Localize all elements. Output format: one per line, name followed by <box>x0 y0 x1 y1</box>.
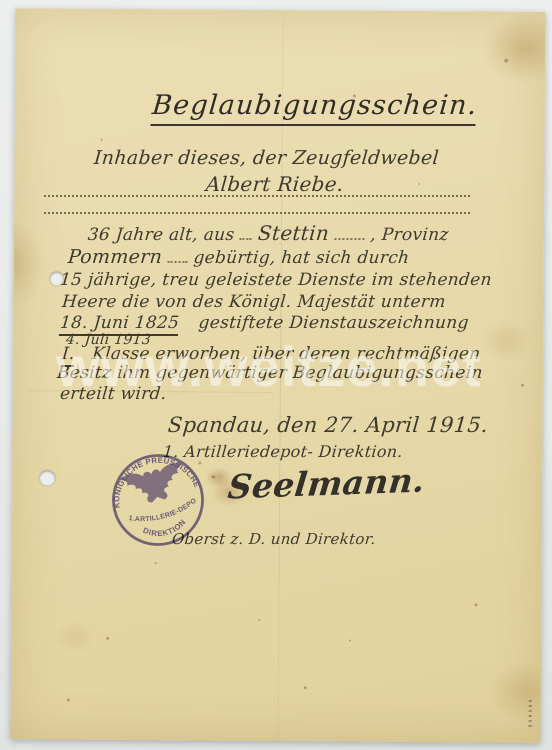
paper-speck <box>101 139 103 141</box>
dotted-gap <box>240 224 253 240</box>
place-date-line: Spandau, den 27. April 1915. <box>167 413 489 437</box>
paper-speck <box>521 384 524 387</box>
award-line-end: Klasse erworben, über deren rechtmäßigen <box>91 344 481 364</box>
paper-speck <box>106 637 109 640</box>
birthplace: Stettin <box>257 221 330 245</box>
holder-name: Albert Riebe. <box>205 172 345 196</box>
holder-line: Inhaber dieses, der Zeugfeldwebel <box>93 147 440 169</box>
body-line-award: I. Klasse erworben, über deren rechtmäßi… <box>61 344 481 364</box>
body-line-closing-1: Besitz ihm gegenwärtiger Beglaubigungssc… <box>56 363 483 383</box>
age-line-end: , Provinz <box>370 225 450 245</box>
signature: Seelmann. <box>226 460 427 506</box>
body-line-service-1: 15 jährige, treu geleistete Dienste im s… <box>59 270 493 290</box>
decree-line-end: gestiftete Dienstauszeichnung <box>198 313 470 333</box>
form-dotted-line <box>44 195 470 197</box>
dotted-gap <box>334 224 365 240</box>
age-line-start: 36 Jahre alt, aus <box>87 225 235 245</box>
paper-speck <box>258 619 260 621</box>
body-line-closing-2: erteilt wird. <box>59 384 167 404</box>
province: Pommern <box>67 246 163 268</box>
paper-speck <box>211 476 215 479</box>
body-line-age: 36 Jahre alt, aus Stettin , Provinz <box>87 221 450 245</box>
paper-speck <box>304 686 307 689</box>
printer-edge-mark <box>529 700 532 730</box>
certificate-title: Beglaubigungsschein. <box>150 90 478 126</box>
dotted-gap <box>167 247 188 263</box>
paper-speck <box>155 562 157 564</box>
paper-speck <box>67 699 70 702</box>
paper-speck <box>474 603 477 606</box>
body-line-decree: 18. Juni 1825 gestiftete Dienstauszeichn… <box>59 313 470 333</box>
province-line-end: gebürtig, hat sich durch <box>193 248 411 268</box>
body-line-service-2: Heere die von des Königl. Majestät unter… <box>61 292 446 312</box>
paper-speck <box>349 640 351 642</box>
paper-speck <box>418 183 420 185</box>
body-line-province: Pommern gebürtig, hat sich durch <box>67 246 410 268</box>
paper-speck <box>504 59 508 63</box>
punch-hole-bottom <box>39 470 55 485</box>
document-photo: Beglaubigungsschein. Inhaber dieses, der… <box>0 0 552 750</box>
form-dotted-line <box>44 212 470 214</box>
